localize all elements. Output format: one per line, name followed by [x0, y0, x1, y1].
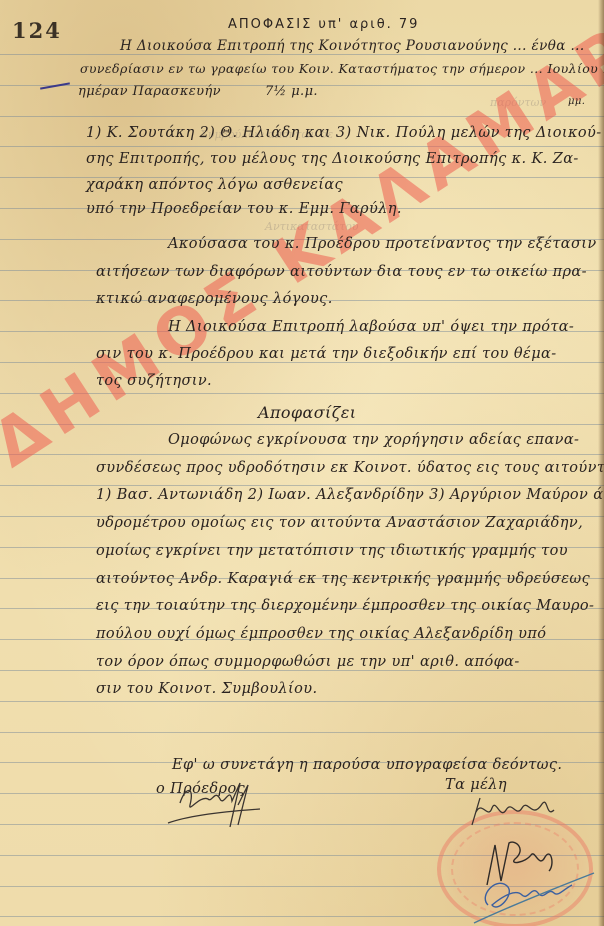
- decision-line: συνδέσεως προς υδροδότησιν εκ Κοινοτ. ύδ…: [96, 460, 604, 476]
- attendance-line-2: σης Επιτροπής, του μέλους της Διοικούσης…: [86, 151, 579, 167]
- decision-line: 1) Βασ. Αντωνιάδη 2) Ιωαν. Αλεξανδρίδην …: [96, 487, 604, 503]
- ruled-line: [0, 732, 604, 733]
- paragraph-1-line-1: Ακούσασα του κ. Προέδρου προτείναντος τη…: [168, 236, 597, 252]
- ruled-line: [0, 454, 604, 455]
- header-time: 7½ μ.μ.: [265, 84, 318, 99]
- ruled-line: [0, 54, 604, 55]
- decision-line: τον όρον όπως συμμορφωθώσι με την υπ' αρ…: [96, 654, 520, 670]
- decision-line: σιν του Κοινοτ. Συμβουλίου.: [96, 681, 317, 697]
- paragraph-1-line-3: κτικώ αναφερομένους λόγους.: [96, 291, 333, 307]
- paragraph-2-line-2: σιν του κ. Προέδρου και μετά την διεξοδι…: [96, 346, 557, 362]
- decision-heading: Αποφασίζει: [258, 403, 356, 422]
- ruled-line: [0, 670, 604, 671]
- ruled-line: [0, 701, 604, 702]
- member-signature-1: [462, 790, 572, 835]
- decision-line: πούλου ουχί όμως έμπροσθεν της οικίας Αλ…: [96, 626, 546, 642]
- decision-line: εις την τοιαύτην της διερχομένην έμπροσθ…: [96, 598, 594, 614]
- document-title: ΑΠΟΦΑΣΙΣ υπ' αριθ. 79: [228, 17, 419, 32]
- decision-line: ομοίως εγκρίνει την μετατόπισιν της ιδιω…: [96, 543, 568, 559]
- attendance-line-4: υπό την Προεδρείαν του κ. Εμμ. Γαρύλη.: [86, 201, 402, 217]
- member-signature-3: [468, 865, 598, 925]
- header-margin-note: μμ.: [568, 96, 585, 107]
- paragraph-2-line-3: τος συζήτησιν.: [96, 373, 212, 389]
- page-number: 124: [12, 18, 62, 43]
- scanned-page: Συμβούλων απόντων δε Αντικαταστάτου παρό…: [0, 0, 604, 926]
- president-signature: [160, 775, 270, 835]
- decision-line: υδρομέτρου ομοίως εις τον αιτούντα Αναστ…: [96, 515, 583, 531]
- header-line-3: ημέραν Παρασκευήν: [78, 84, 221, 99]
- paragraph-1-line-2: αιτήσεων των διαφόρων αιτούντων δια τους…: [96, 264, 587, 280]
- attendance-line-1: 1) Κ. Σουτάκη 2) Θ. Ηλιάδη και 3) Νικ. Π…: [86, 125, 602, 141]
- header-line-1: Η Διοικούσα Επιτροπή της Κοινότητος Ρουσ…: [120, 38, 585, 54]
- closing-line: Εφ' ω συνετάγη η παρούσα υπογραφείσα δεό…: [172, 757, 562, 773]
- decision-line: Ομοφώνως εγκρίνουσα την χορήγησιν αδείας…: [168, 432, 579, 448]
- header-line-2: συνεδρίασιν εν τω γραφείω του Κοιν. Κατα…: [80, 61, 604, 76]
- ruled-line: [0, 485, 604, 486]
- paragraph-2-line-1: Η Διοικούσα Επιτροπή λαβούσα υπ' όψει τη…: [168, 319, 574, 335]
- attendance-line-3: χαράκη απόντος λόγω ασθενείας: [86, 177, 343, 193]
- margin-mark: [40, 82, 70, 89]
- decision-line: αιτούντος Ανδρ. Καραγιά εκ της κεντρικής…: [96, 571, 590, 587]
